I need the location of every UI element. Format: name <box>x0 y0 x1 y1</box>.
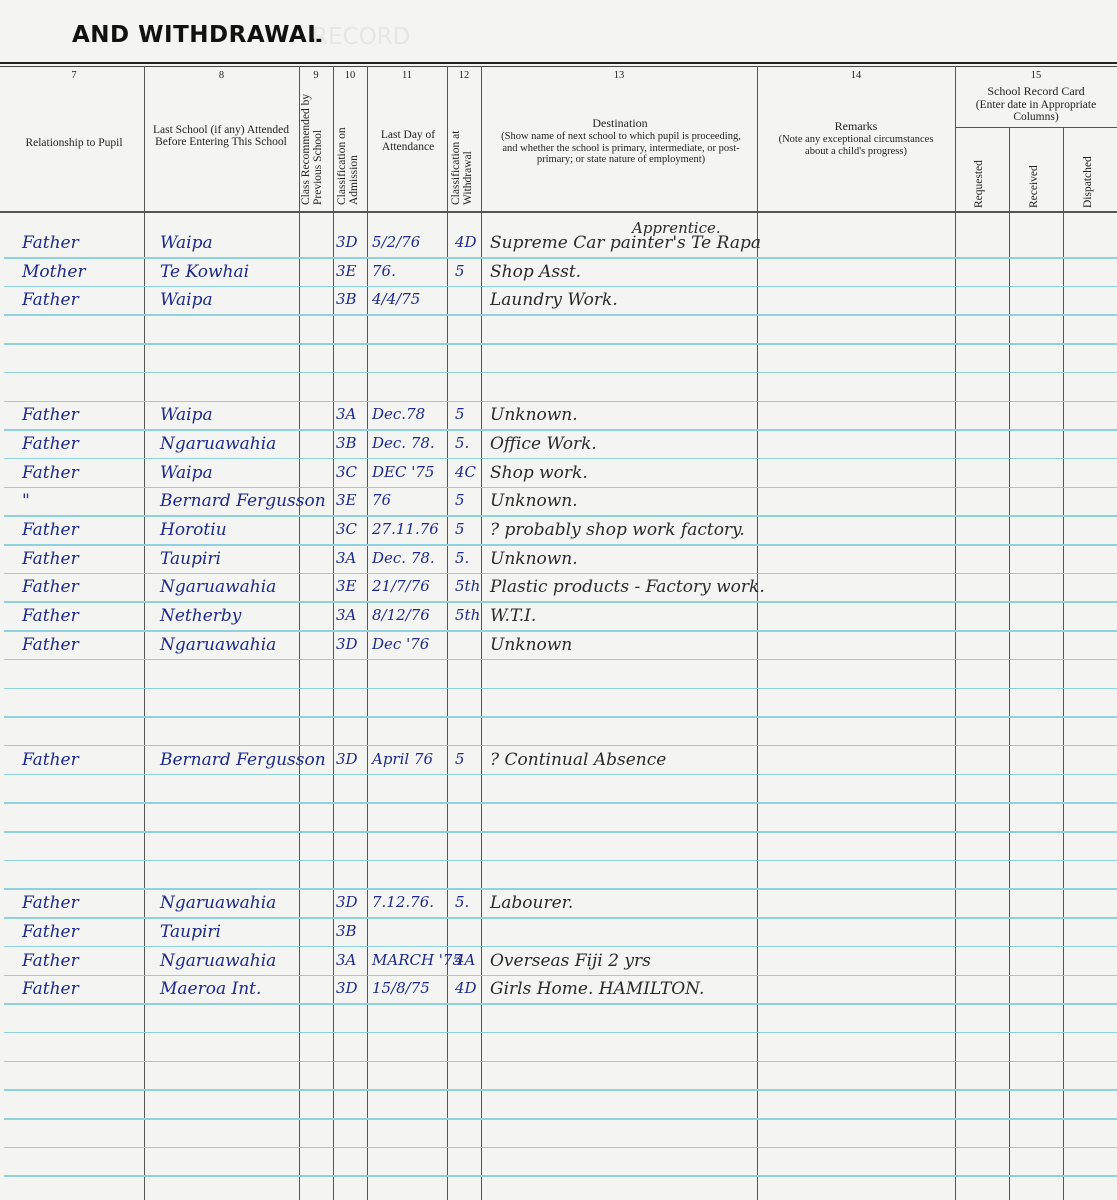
col-14-number: 14 <box>757 70 955 81</box>
destination-cell: Unknown. <box>490 405 578 425</box>
classification-admission-cell: 3D <box>336 635 358 653</box>
classification-admission-cell: 3E <box>336 577 357 595</box>
ruled-line <box>4 515 1117 517</box>
classification-admission-cell: 3A <box>336 606 356 624</box>
col-12-label: Classification at Withdrawal <box>450 95 478 205</box>
last-day-cell: 76. <box>372 262 396 280</box>
col-13-number: 13 <box>481 70 757 81</box>
classification-withdrawal-cell: 5. <box>455 893 469 911</box>
last-day-cell: 4/4/75 <box>372 290 420 308</box>
relationship-cell: Father <box>22 233 79 253</box>
ruled-line <box>4 630 1117 632</box>
classification-withdrawal-cell: 4A <box>455 951 475 969</box>
last-day-cell: Dec. 78. <box>372 434 435 452</box>
col-13-label: Destination <box>490 117 750 129</box>
destination-cell: Girls Home. HAMILTON. <box>490 979 704 999</box>
last-school-cell: Taupiri <box>160 922 221 942</box>
classification-admission-cell: 3C <box>336 520 357 538</box>
ruled-line <box>4 1175 1117 1177</box>
destination-cell: Plastic products - Factory work. <box>490 577 765 597</box>
relationship-cell: " <box>22 491 30 511</box>
last-day-cell: Dec. 78. <box>372 549 435 567</box>
last-school-cell: Bernard Fergusson <box>160 491 326 511</box>
ruled-line <box>4 458 1117 460</box>
classification-withdrawal-cell: 4D <box>455 233 477 251</box>
classification-admission-cell: 3D <box>336 233 358 251</box>
last-school-cell: Waipa <box>160 463 213 483</box>
ruled-line <box>4 716 1117 718</box>
relationship-cell: Father <box>22 463 79 483</box>
last-school-cell: Ngaruawahia <box>160 893 276 913</box>
classification-admission-cell: 3D <box>336 750 358 768</box>
ruled-line <box>4 1032 1117 1034</box>
last-school-cell: Waipa <box>160 233 213 253</box>
col-15-dispatched-label: Dispatched <box>1082 140 1098 208</box>
col-14-label: Remarks <box>770 120 942 132</box>
classification-withdrawal-cell: 4C <box>455 463 476 481</box>
relationship-cell: Father <box>22 577 79 597</box>
classification-admission-cell: 3D <box>336 979 358 997</box>
ruled-line <box>4 343 1117 345</box>
column-divider <box>955 66 956 1200</box>
last-day-cell: 27.11.76 <box>372 520 439 538</box>
col-14-note: (Note any exceptional circumstances abou… <box>772 134 940 157</box>
last-school-cell: Ngaruawahia <box>160 577 276 597</box>
page-title: AND WITHDRAWAL <box>72 22 322 48</box>
classification-admission-cell: 3E <box>336 262 357 280</box>
last-school-cell: Waipa <box>160 290 213 310</box>
last-day-cell: 21/7/76 <box>372 577 430 595</box>
ruled-line <box>4 888 1117 890</box>
classification-admission-cell: 3A <box>336 549 356 567</box>
last-school-cell: Horotiu <box>160 520 227 540</box>
last-day-cell: Dec '76 <box>372 635 429 653</box>
ruled-line <box>4 1003 1117 1005</box>
ruled-line <box>4 1089 1117 1091</box>
column-divider <box>144 66 145 1200</box>
relationship-cell: Father <box>22 951 79 971</box>
column-divider <box>333 66 334 1200</box>
col-15-subdivider <box>955 127 1117 128</box>
classification-admission-cell: 3B <box>336 922 357 940</box>
classification-withdrawal-cell: 5. <box>455 549 469 567</box>
relationship-cell: Father <box>22 635 79 655</box>
col-12-number: 12 <box>447 70 481 81</box>
destination-cell: Unknown. <box>490 491 578 511</box>
classification-withdrawal-cell: 5 <box>455 262 465 280</box>
ruled-line <box>4 659 1117 661</box>
col-13-note: (Show name of next school to which pupil… <box>494 131 748 166</box>
ruled-line <box>4 1118 1117 1120</box>
relationship-cell: Father <box>22 606 79 626</box>
destination-note: Apprentice. <box>632 219 721 237</box>
last-day-cell: April 76 <box>372 750 433 768</box>
relationship-cell: Father <box>22 750 79 770</box>
top-rule-thin <box>0 66 1117 67</box>
column-divider <box>1009 127 1010 1200</box>
last-school-cell: Te Kowhai <box>160 262 249 282</box>
last-school-cell: Netherby <box>160 606 241 626</box>
col-7-label: Relationship to Pupil <box>10 137 138 149</box>
destination-cell: W.T.I. <box>490 606 536 626</box>
col-9-number: 9 <box>299 70 333 81</box>
classification-withdrawal-cell: 5 <box>455 405 465 423</box>
destination-cell: Laundry Work. <box>490 290 618 310</box>
ruled-line <box>4 487 1117 489</box>
relationship-cell: Mother <box>22 262 86 282</box>
ruled-line <box>4 975 1117 977</box>
last-day-cell: DEC '75 <box>372 463 434 481</box>
last-day-cell: 76 <box>372 491 391 509</box>
relationship-cell: Father <box>22 290 79 310</box>
last-day-cell: 15/8/75 <box>372 979 430 997</box>
top-rule <box>0 62 1117 64</box>
ghost-bleed-text: RECORD <box>312 24 410 50</box>
destination-cell: Unknown. <box>490 549 578 569</box>
destination-cell: Labourer. <box>490 893 573 913</box>
ruled-line <box>4 429 1117 431</box>
ruled-line <box>4 286 1117 288</box>
col-15-requested-label: Requested <box>973 140 989 208</box>
last-school-cell: Bernard Fergusson <box>160 750 326 770</box>
ruled-line <box>4 401 1117 403</box>
classification-withdrawal-cell: 5th <box>455 606 480 624</box>
ruled-line <box>4 860 1117 862</box>
classification-admission-cell: 3A <box>336 405 356 423</box>
col-8-label: Last School (if any) Attended Before Ent… <box>152 124 290 148</box>
col-10-label: Classification on Admission <box>336 95 364 205</box>
col-15-number: 15 <box>955 70 1117 81</box>
classification-admission-cell: 3B <box>336 290 357 308</box>
col-10-number: 10 <box>333 70 367 81</box>
classification-withdrawal-cell: 4D <box>455 979 477 997</box>
ruled-line <box>4 314 1117 316</box>
relationship-cell: Father <box>22 922 79 942</box>
relationship-cell: Father <box>22 549 79 569</box>
destination-cell: Overseas Fiji 2 yrs <box>490 951 651 971</box>
destination-cell: Unknown <box>490 635 572 655</box>
classification-withdrawal-cell: 5 <box>455 750 465 768</box>
classification-admission-cell: 3B <box>336 434 357 452</box>
ruled-line <box>4 946 1117 948</box>
col-11-label: Last Day of Attendance <box>372 129 444 153</box>
col-15-label: School Record Card <box>960 85 1112 97</box>
classification-admission-cell: 3D <box>336 893 358 911</box>
relationship-cell: Father <box>22 893 79 913</box>
ruled-line <box>4 802 1117 804</box>
classification-withdrawal-cell: 5 <box>455 491 465 509</box>
ruled-line <box>4 1061 1117 1063</box>
destination-cell: Office Work. <box>490 434 597 454</box>
destination-cell: ? probably shop work factory. <box>490 520 745 540</box>
ruled-line <box>4 774 1117 776</box>
ruled-line <box>4 257 1117 259</box>
relationship-cell: Father <box>22 405 79 425</box>
last-school-cell: Taupiri <box>160 549 221 569</box>
ruled-line <box>4 601 1117 603</box>
ruled-line <box>4 1147 1117 1149</box>
column-divider <box>367 66 368 1200</box>
last-day-cell: 5/2/76 <box>372 233 420 251</box>
col-7-number: 7 <box>4 70 144 81</box>
last-school-cell: Ngaruawahia <box>160 635 276 655</box>
last-day-cell: 8/12/76 <box>372 606 430 624</box>
classification-admission-cell: 3C <box>336 463 357 481</box>
last-day-cell: MARCH '75 <box>372 951 462 969</box>
relationship-cell: Father <box>22 434 79 454</box>
col-15-received-label: Received <box>1028 140 1044 208</box>
column-divider <box>447 66 448 1200</box>
ruled-line <box>4 831 1117 833</box>
ruled-line <box>4 688 1117 690</box>
destination-cell: ? Continual Absence <box>490 750 666 770</box>
last-day-cell: Dec.78 <box>372 405 425 423</box>
destination-cell: Shop Asst. <box>490 262 581 282</box>
ruled-line <box>4 544 1117 546</box>
classification-admission-cell: 3A <box>336 951 356 969</box>
ruled-line <box>4 372 1117 374</box>
ruled-line <box>4 917 1117 919</box>
last-school-cell: Ngaruawahia <box>160 434 276 454</box>
col-11-number: 11 <box>367 70 447 81</box>
column-divider <box>1063 127 1064 1200</box>
col-8-number: 8 <box>144 70 299 81</box>
last-day-cell: 7.12.76. <box>372 893 434 911</box>
classification-withdrawal-cell: 5. <box>455 434 469 452</box>
col-15-note: (Enter date in Appropriate Columns) <box>960 99 1112 123</box>
ruled-line <box>4 573 1117 575</box>
last-school-cell: Ngaruawahia <box>160 951 276 971</box>
column-divider <box>481 66 482 1200</box>
header-rule <box>0 211 1117 213</box>
ruled-line <box>4 745 1117 747</box>
classification-admission-cell: 3E <box>336 491 357 509</box>
relationship-cell: Father <box>22 979 79 999</box>
destination-cell: Shop work. <box>490 463 588 483</box>
last-school-cell: Maeroa Int. <box>160 979 261 999</box>
column-divider <box>299 66 300 1200</box>
col-9-label: Class Recommended by Previous School <box>300 85 330 205</box>
classification-withdrawal-cell: 5th <box>455 577 480 595</box>
relationship-cell: Father <box>22 520 79 540</box>
classification-withdrawal-cell: 5 <box>455 520 465 538</box>
last-school-cell: Waipa <box>160 405 213 425</box>
